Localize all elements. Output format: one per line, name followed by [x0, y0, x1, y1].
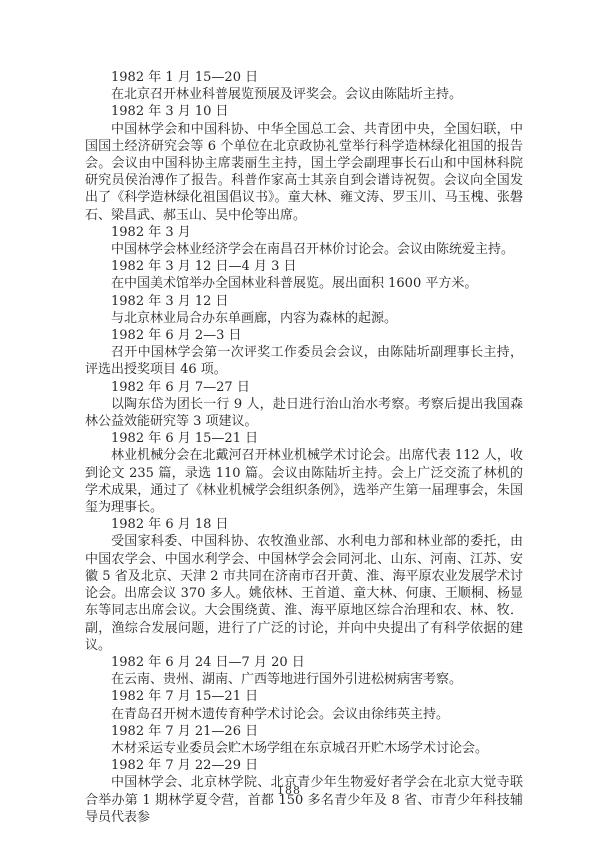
entry-paragraph: 林业机械分会在北戴河召开林业机械学术讨论会。出席代表 112 人，收到论文 23… [85, 447, 523, 516]
entry-date: 1982 年 6 月 18 日 [85, 516, 523, 533]
entry-paragraph: 在中国美术馆举办全国林业科普展览。展出面积 1600 平方米。 [85, 275, 523, 292]
entry-date: 1982 年 1 月 15—20 日 [85, 69, 523, 86]
entry-paragraph: 与北京林业局合办东单画廊，内容为森林的起源。 [85, 310, 523, 327]
entry-date: 1982 年 6 月 24 日—7 月 20 日 [85, 654, 523, 671]
entry-paragraph: 在云南、贵州、湖南、广西等地进行国外引进松树病害考察。 [85, 671, 523, 688]
entry-date: 1982 年 3 月 12 日 [85, 293, 523, 310]
book-page: 1982 年 1 月 15—20 日在北京召开林业科普展览预展及评奖会。会议由陈… [0, 0, 600, 848]
entry-paragraph: 中国林学会林业经济学会在南昌召开林价讨论会。会议由陈统爱主持。 [85, 241, 523, 258]
entry-date: 1982 年 6 月 7—27 日 [85, 379, 523, 396]
entry-paragraph: 在北京召开林业科普展览预展及评奖会。会议由陈陆圻主持。 [85, 86, 523, 103]
page-number: 188 [0, 784, 578, 797]
entry-paragraph: 中国林学会、北京林学院、北京青少年生物爱好者学会在北京大觉寺联合举办第 1 期林… [85, 774, 523, 826]
entry-date: 1982 年 7 月 15—21 日 [85, 688, 523, 705]
entry-date: 1982 年 3 月 [85, 224, 523, 241]
entry-paragraph: 木材采运专业委员会贮木场学组在东京城召开贮木场学术讨论会。 [85, 740, 523, 757]
entry-paragraph: 召开中国林学会第一次评奖工作委员会会议，由陈陆圻副理事长主持，评选出授奖项目 4… [85, 344, 523, 378]
entry-paragraph: 受国家科委、中国科协、农牧渔业部、水利电力部和林业部的委托，由中国农学会、中国水… [85, 533, 523, 653]
entry-date: 1982 年 3 月 10 日 [85, 103, 523, 120]
entry-paragraph: 中国林学会和中国科协、中华全国总工会、共青团中央，全国妇联，中国国土经济研究会等… [85, 121, 523, 224]
entry-date: 1982 年 7 月 21—26 日 [85, 723, 523, 740]
entry-paragraph: 以陶东岱为团长一行 9 人，赴日进行治山治水考察。考察后提出我国森林公益效能研究… [85, 396, 523, 430]
entry-date: 1982 年 3 月 12 日—4 月 3 日 [85, 258, 523, 275]
entry-date: 1982 年 6 月 15—21 日 [85, 430, 523, 447]
entry-date: 1982 年 6 月 2—3 日 [85, 327, 523, 344]
entry-date: 1982 年 7 月 22—29 日 [85, 757, 523, 774]
entry-paragraph: 在青岛召开树木遗传育种学术讨论会。会议由徐纬英主持。 [85, 706, 523, 723]
chronicle-text: 1982 年 1 月 15—20 日在北京召开林业科普展览预展及评奖会。会议由陈… [85, 69, 523, 826]
